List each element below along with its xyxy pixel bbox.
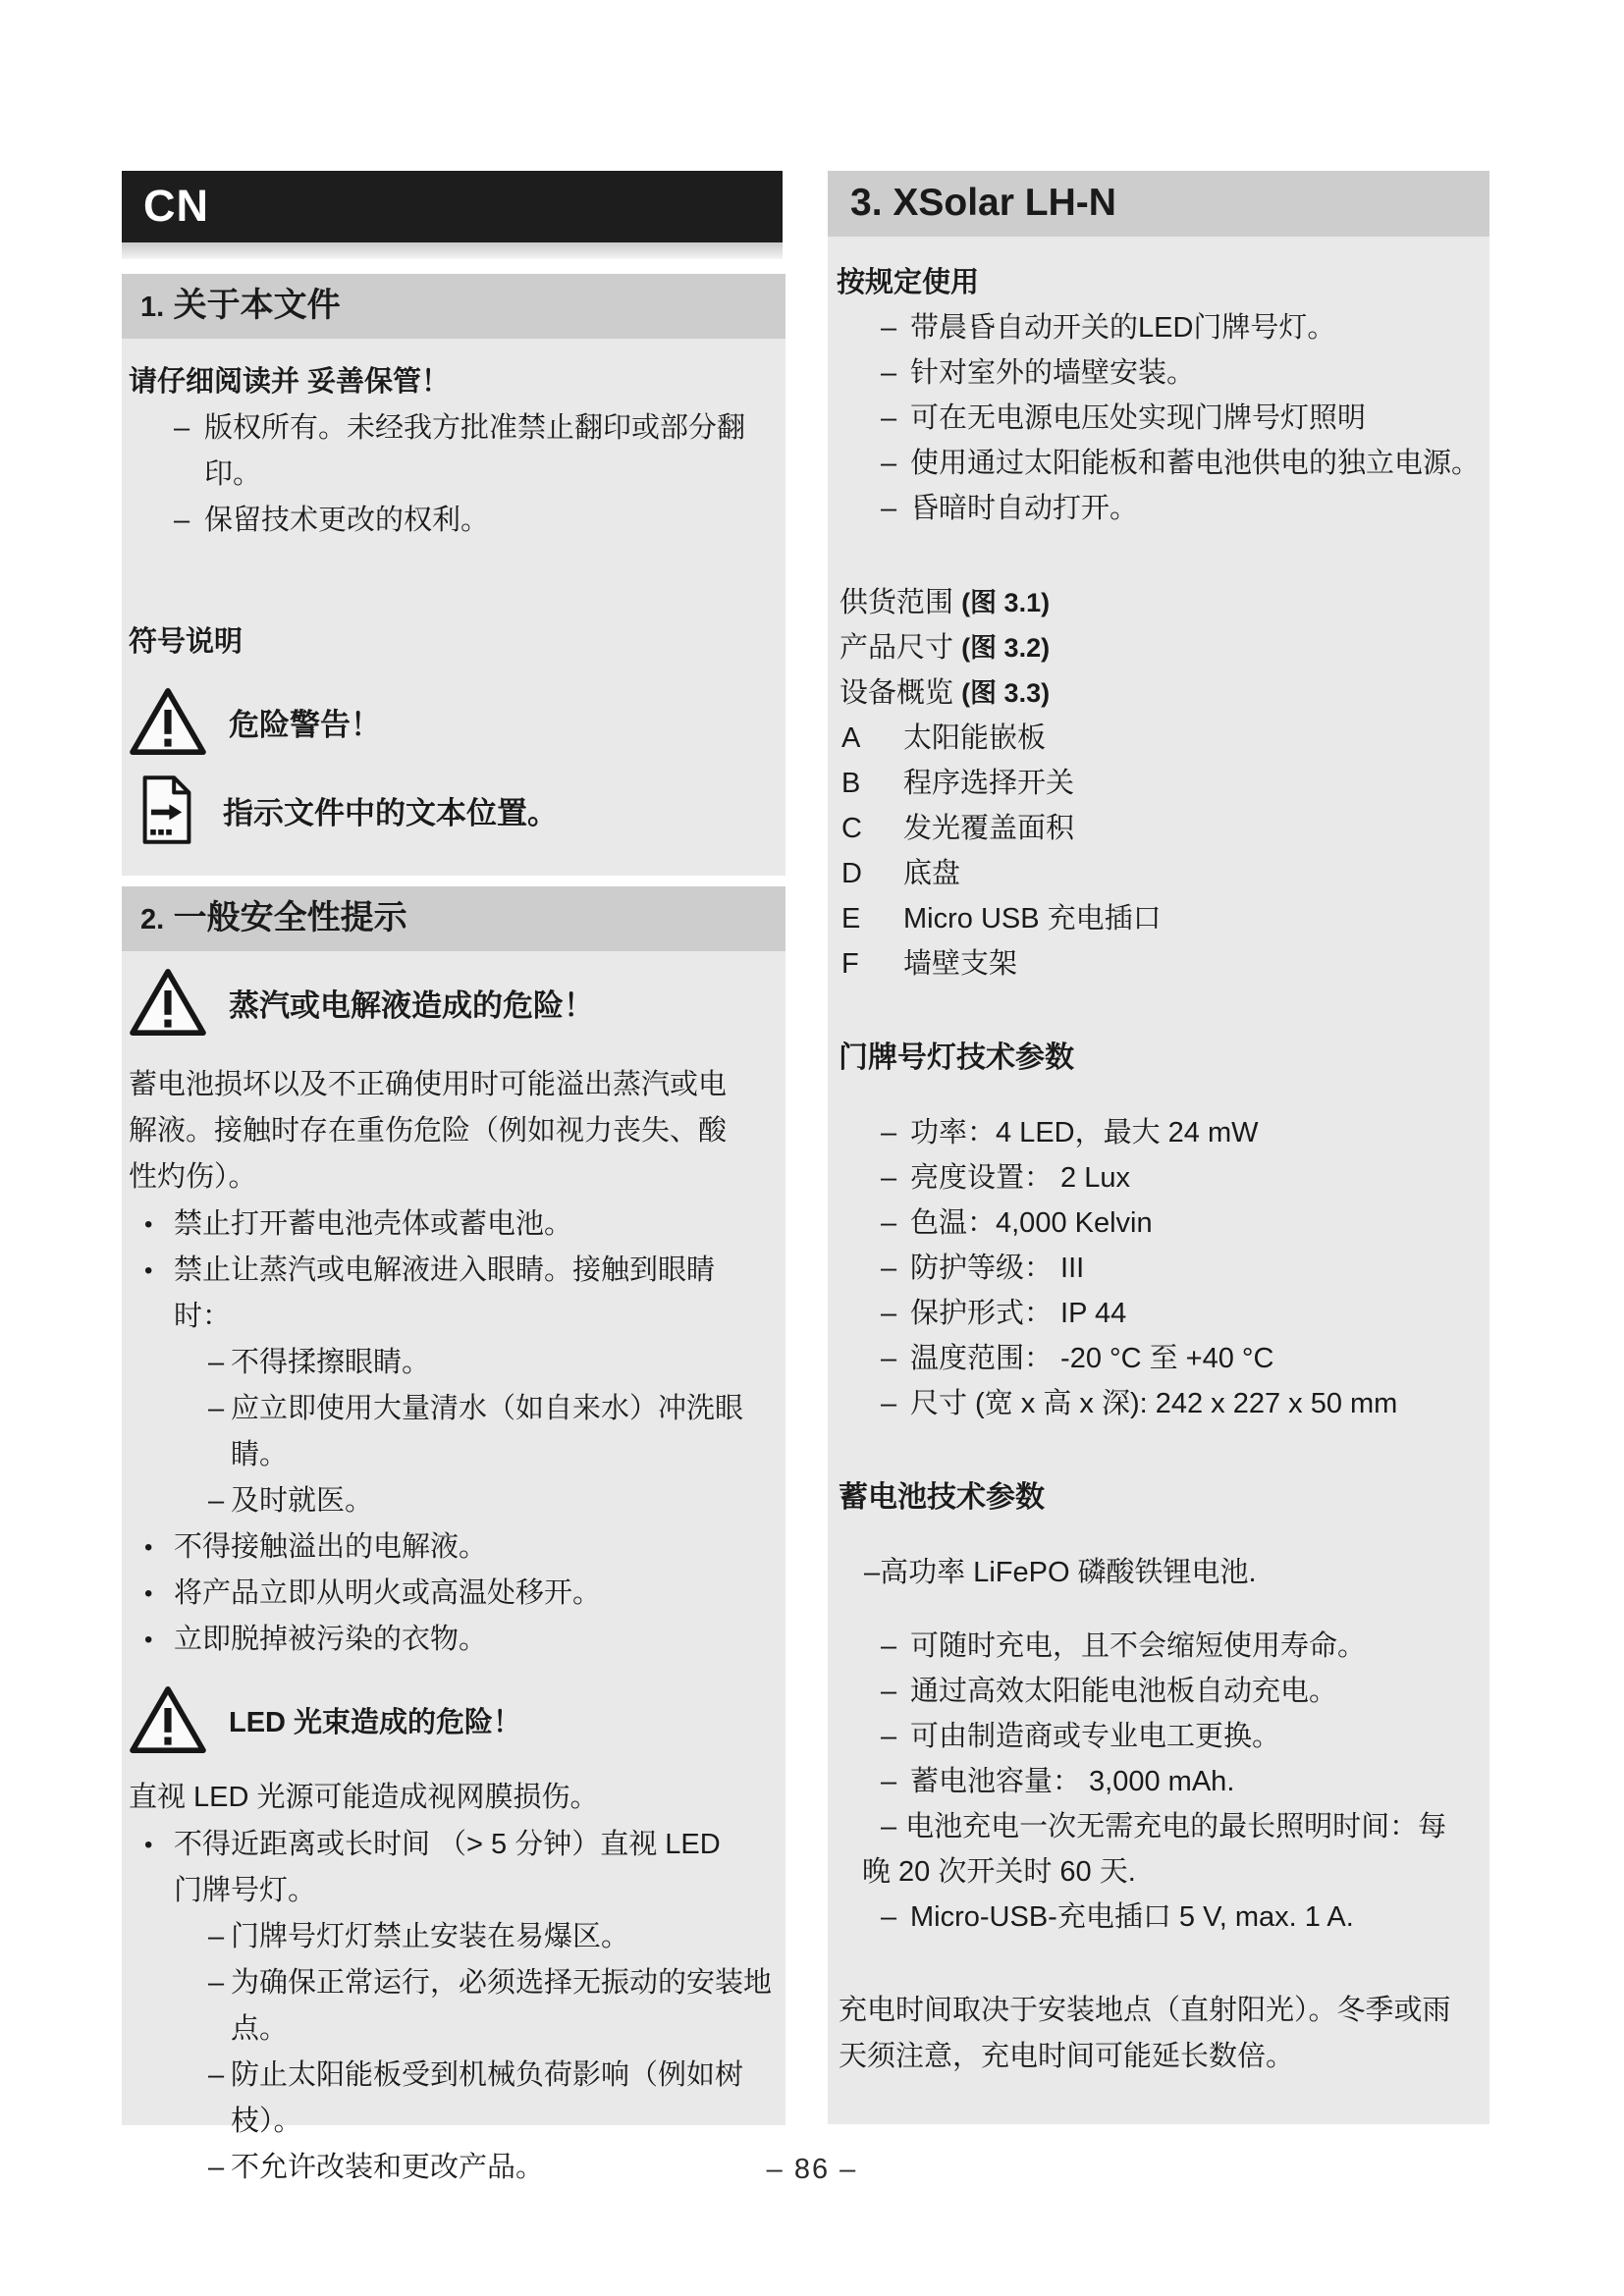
spec-item: – 功率：4 LED，最大 24 mW [837, 1110, 1482, 1155]
device-part-row: B 程序选择开关 [837, 761, 1482, 806]
figure-reference-label: 产品尺寸 [839, 632, 961, 664]
spec-item: – 尺寸 (宽 x 高 x 深): 242 x 227 x 50 mm [837, 1381, 1482, 1426]
bullet-text: 不得接触溢出的电解液。 [174, 1524, 487, 1571]
bullet-text: 禁止让蒸汽或电解液进入眼睛。接触到眼睛时： [174, 1248, 753, 1340]
list-item-text: 昏暗时自动打开。 [910, 486, 1138, 531]
device-part-label: 发光覆盖面积 [903, 806, 1074, 851]
list-item: – 版权所有。未经我方批准禁止翻印或部分翻印。 [129, 405, 780, 498]
bullet-marker: • [144, 1571, 174, 1617]
dash-marker: – [881, 1381, 910, 1426]
figure-references: 供货范围 (图 3.1) 产品尺寸 (图 3.2) 设备概览 (图 3.3) [837, 580, 1482, 716]
copyright-list: – 版权所有。未经我方批准禁止翻印或部分翻印。 – 保留技术更改的权利。 [129, 405, 780, 544]
figure-number: (图 3.3) [961, 678, 1050, 708]
list-item: – 可在无电源电压处实现门牌号灯照明 [837, 396, 1482, 441]
spec-item-text: 尺寸 (宽 x 高 x 深): 242 x 227 x 50 mm [910, 1381, 1397, 1426]
dash-marker: – [208, 1340, 231, 1386]
battery-specs-list: –高功率 LiFePO 磷酸铁锂电池. – 可随时充电，且不会缩短使用寿命。 –… [837, 1550, 1482, 1940]
sub-item: – 不得揉擦眼睛。 [129, 1340, 780, 1386]
device-part-letter: A [841, 716, 903, 761]
figure-reference: 供货范围 (图 3.1) [837, 580, 1482, 625]
spec-item: – 蓄电池容量： 3,000 mAh. [837, 1759, 1482, 1804]
dash-marker: – [881, 396, 910, 441]
dash-marker: – [174, 498, 204, 544]
figure-reference: 设备概览 (图 3.3) [837, 670, 1482, 716]
dash-marker: – [881, 1246, 910, 1291]
warning-triangle-icon [129, 967, 207, 1038]
dash-marker: – [881, 1811, 905, 1842]
bullet-item: • 不得近距离或长时间 （> 5 分钟）直视 LED 门牌号灯。 [129, 1822, 780, 1914]
device-part-letter: E [841, 896, 903, 941]
hazard1-paragraph: 蓄电池损坏以及不正确使用时可能溢出蒸汽或电解液。接触时存在重伤危险（例如视力丧失… [129, 1062, 742, 1201]
dash-marker: – [881, 1291, 910, 1336]
spec-item: – 色温：4,000 Kelvin [837, 1201, 1482, 1246]
sub-item-text: 不得揉擦眼睛。 [231, 1340, 430, 1386]
spec-item-text: 亮度设置： 2 Lux [910, 1155, 1130, 1201]
spec-item-text: 温度范围： -20 °C 至 +40 °C [910, 1336, 1273, 1381]
figure-number: (图 3.2) [961, 633, 1050, 663]
dash-marker: – [208, 1914, 231, 1960]
bullet-text: 不得近距离或长时间 （> 5 分钟）直视 LED 门牌号灯。 [174, 1822, 753, 1914]
hazard-heading-row: LED 光束造成的危险！ [129, 1684, 780, 1755]
device-part-label: Micro USB 充电插口 [903, 896, 1162, 941]
section2-number: 2. [140, 904, 164, 935]
battery-type-line: –高功率 LiFePO 磷酸铁锂电池. [837, 1550, 1482, 1595]
device-part-row: D 底盘 [837, 851, 1482, 896]
dash-marker: – [881, 1669, 910, 1714]
read-carefully-note: 请仔细阅读并 妥善保管！ [129, 359, 780, 405]
spec-item-text: 电池充电一次无需充电的最长照明时间：每晚 20 次开关时 60 天. [862, 1811, 1446, 1888]
led-bullet-list: • 不得近距离或长时间 （> 5 分钟）直视 LED 门牌号灯。 – 门牌号灯灯… [129, 1822, 780, 2191]
device-part-label: 太阳能嵌板 [903, 716, 1046, 761]
list-item-text: 使用通过太阳能板和蓄电池供电的独立电源。 [910, 441, 1480, 486]
bullet-item: • 禁止打开蓄电池壳体或蓄电池。 [129, 1201, 780, 1248]
page-number: – 86 – [0, 2154, 1624, 2186]
section2-header: 2. 一般安全性提示 [122, 886, 785, 951]
bullet-item: • 将产品立即从明火或高温处移开。 [129, 1571, 780, 1617]
spec-item-text: Micro-USB-充电插口 5 V, max. 1 A. [910, 1895, 1354, 1940]
section2-title: 一般安全性提示 [174, 899, 407, 936]
figure-reference: 产品尺寸 (图 3.2) [837, 625, 1482, 670]
device-part-label: 程序选择开关 [903, 761, 1074, 806]
sub-item-text: 门牌号灯灯禁止安装在易爆区。 [231, 1914, 629, 1960]
spec-item-text: 蓄电池容量： 3,000 mAh. [910, 1759, 1234, 1804]
section-general-safety: 2. 一般安全性提示 蒸汽或电解液造成的危险！ 蓄电池损坏以及不正确使用时可能溢… [122, 886, 785, 2125]
bullet-item: • 禁止让蒸汽或电解液进入眼睛。接触到眼睛时： [129, 1248, 780, 1340]
dash-marker: – [881, 1201, 910, 1246]
bullet-marker: • [144, 1201, 174, 1248]
sub-item: – 应立即使用大量清水（如自来水）冲洗眼睛。 [129, 1386, 780, 1478]
symbol-explanation-row: 危险警告！ [129, 686, 780, 757]
sub-item: – 防止太阳能板受到机械负荷影响（例如树枝）。 [129, 2053, 780, 2145]
sub-item-text: 及时就医。 [231, 1478, 373, 1524]
spec-item-text: 可由制造商或专业电工更换。 [910, 1714, 1280, 1759]
dash-marker: – [881, 305, 910, 350]
bar-shadow [122, 242, 783, 259]
section1-header: 1. 关于本文件 [122, 274, 785, 339]
dash-marker: – [881, 350, 910, 396]
list-item: – 使用通过太阳能板和蓄电池供电的独立电源。 [837, 441, 1482, 486]
hazard-heading-row: 蒸汽或电解液造成的危险！ [129, 963, 780, 1038]
document-reference-icon [129, 774, 194, 845]
section3-header: 3. XSolar LH-N [828, 171, 1489, 237]
spec-item-text: 色温：4,000 Kelvin [910, 1201, 1153, 1246]
dash-marker: – [881, 1155, 910, 1201]
list-item: – 带晨昏自动开关的LED门牌号灯。 [837, 305, 1482, 350]
list-item: – 昏暗时自动打开。 [837, 486, 1482, 531]
sub-item: – 及时就医。 [129, 1478, 780, 1524]
spec-item: – 通过高效太阳能电池板自动充电。 [837, 1669, 1482, 1714]
dash-marker: – [881, 1895, 910, 1940]
sub-item-text: 防止太阳能板受到机械负荷影响（例如树枝）。 [231, 2053, 780, 2145]
list-item-text: 带晨昏自动开关的LED门牌号灯。 [910, 305, 1335, 350]
device-part-row: C 发光覆盖面积 [837, 806, 1482, 851]
spec-item-text: 防护等级： III [910, 1246, 1084, 1291]
bullet-text: 立即脱掉被污染的衣物。 [174, 1617, 487, 1663]
sub-item-text: 应立即使用大量清水（如自来水）冲洗眼睛。 [231, 1386, 780, 1478]
bullet-marker: • [144, 1248, 174, 1340]
dash-marker: – [881, 1759, 910, 1804]
dash-marker: – [208, 2053, 231, 2145]
dash-marker: – [208, 1478, 231, 1524]
dash-marker: – [208, 1386, 231, 1478]
device-part-letter: C [841, 806, 903, 851]
lamp-specs-list: – 功率：4 LED，最大 24 mW – 亮度设置： 2 Lux – 色温：4… [837, 1110, 1482, 1426]
section3-title: 3. XSolar LH-N [850, 182, 1116, 224]
warning-triangle-icon [129, 686, 207, 757]
bullet-marker: • [144, 1524, 174, 1571]
section3-body: 按规定使用 – 带晨昏自动开关的LED门牌号灯。 – 针对室外的墙壁安装。 – … [828, 237, 1489, 2124]
device-part-label: 底盘 [903, 851, 960, 896]
list-item-text: 版权所有。未经我方批准禁止翻印或部分翻印。 [204, 405, 780, 498]
device-part-letter: F [841, 941, 903, 987]
hazard2-title: LED 光束造成的危险！ [207, 1700, 521, 1740]
figure-reference-label: 设备概览 [839, 677, 961, 709]
symbol-explanation-row: 指示文件中的文本位置。 [129, 774, 780, 845]
dash-marker: – [208, 1960, 231, 2053]
dash-marker: – [881, 1714, 910, 1759]
spec-item-text: 功率：4 LED，最大 24 mW [910, 1110, 1259, 1155]
manual-page: { "colors": { "page_bg": "#ffffff", "cn_… [0, 0, 1624, 2296]
dash-marker: – [881, 1110, 910, 1155]
section1-body: 请仔细阅读并 妥善保管！ – 版权所有。未经我方批准禁止翻印或部分翻印。 – 保… [122, 339, 785, 876]
figure-number: (图 3.1) [961, 588, 1050, 617]
hazard1-title: 蒸汽或电解液造成的危险！ [207, 981, 594, 1025]
bullet-marker: • [144, 1617, 174, 1663]
spec-item-text: 可随时充电，且不会缩短使用寿命。 [910, 1624, 1366, 1669]
sub-item: – 门牌号灯灯禁止安装在易爆区。 [129, 1914, 780, 1960]
bullet-item: • 不得接触溢出的电解液。 [129, 1524, 780, 1571]
hazard2-paragraph: 直视 LED 光源可能造成视网膜损伤。 [129, 1775, 742, 1821]
language-tag: CN [143, 181, 209, 231]
spec-item: – 亮度设置： 2 Lux [837, 1155, 1482, 1201]
intended-use-list: – 带晨昏自动开关的LED门牌号灯。 – 针对室外的墙壁安装。 – 可在无电源电… [837, 305, 1482, 531]
section1-number: 1. [140, 292, 164, 323]
dash-marker: – [174, 405, 204, 498]
device-part-label: 墙壁支架 [903, 941, 1017, 987]
section1-title: 关于本文件 [174, 287, 341, 324]
dash-marker: – [881, 441, 910, 486]
list-item: – 针对室外的墙壁安装。 [837, 350, 1482, 396]
spec-item: – 防护等级： III [837, 1246, 1482, 1291]
device-part-letter: B [841, 761, 903, 806]
spec-item: –电池充电一次无需充电的最长照明时间：每晚 20 次开关时 60 天. [837, 1804, 1465, 1895]
spec-item-text: 通过高效太阳能电池板自动充电。 [910, 1669, 1337, 1714]
bullet-marker: • [144, 1822, 174, 1914]
list-item: – 保留技术更改的权利。 [129, 498, 780, 544]
dash-marker: – [881, 1336, 910, 1381]
spec-item: – 可随时充电，且不会缩短使用寿命。 [837, 1624, 1482, 1669]
dash-marker: – [881, 1624, 910, 1669]
list-item-text: 可在无电源电压处实现门牌号灯照明 [910, 396, 1366, 441]
device-part-letter: D [841, 851, 903, 896]
list-item-text: 保留技术更改的权利。 [204, 498, 489, 544]
device-overview-list: A 太阳能嵌板 B 程序选择开关 C 发光覆盖面积 D 底盘 E Micro U… [837, 716, 1482, 987]
device-part-row: F 墙壁支架 [837, 941, 1482, 987]
intended-use-heading: 按规定使用 [837, 260, 1482, 305]
dash-marker: – [881, 486, 910, 531]
device-part-row: E Micro USB 充电插口 [837, 896, 1482, 941]
sub-item: – 为确保正常运行，必须选择无振动的安装地点。 [129, 1960, 780, 2053]
figure-reference-label: 供货范围 [839, 587, 961, 618]
symbols-heading: 符号说明 [129, 619, 780, 666]
bullet-text: 禁止打开蓄电池壳体或蓄电池。 [174, 1201, 572, 1248]
spec-item-text: 保护形式： IP 44 [910, 1291, 1126, 1336]
charging-time-note: 充电时间取决于安装地点（直射阳光）。冬季或雨天须注意，充电时间可能延长数倍。 [837, 1988, 1479, 2080]
list-item-text: 针对室外的墙壁安装。 [910, 350, 1195, 396]
spec-item: – 温度范围： -20 °C 至 +40 °C [837, 1336, 1482, 1381]
bullet-text: 将产品立即从明火或高温处移开。 [174, 1571, 601, 1617]
device-part-row: A 太阳能嵌板 [837, 716, 1482, 761]
section2-body: 蒸汽或电解液造成的危险！ 蓄电池损坏以及不正确使用时可能溢出蒸汽或电解液。接触时… [122, 951, 785, 2125]
spec-item: – Micro-USB-充电插口 5 V, max. 1 A. [837, 1895, 1482, 1940]
sub-item-text: 为确保正常运行，必须选择无振动的安装地点。 [231, 1960, 780, 2053]
warning-symbol-label: 危险警告！ [207, 700, 381, 744]
spec-item: – 可由制造商或专业电工更换。 [837, 1714, 1482, 1759]
spec-item: – 保护形式： IP 44 [837, 1291, 1482, 1336]
safety-bullet-list: • 禁止打开蓄电池壳体或蓄电池。 • 禁止让蒸汽或电解液进入眼睛。接触到眼睛时：… [129, 1201, 780, 1663]
language-tag-bar: CN [122, 171, 783, 242]
document-symbol-label: 指示文件中的文本位置。 [194, 788, 558, 832]
lamp-specs-heading: 门牌号灯技术参数 [837, 1036, 1482, 1081]
battery-specs-heading: 蓄电池技术参数 [837, 1475, 1482, 1521]
section-about-document: 1. 关于本文件 请仔细阅读并 妥善保管！ – 版权所有。未经我方批准禁止翻印或… [122, 274, 785, 876]
warning-triangle-icon [129, 1684, 207, 1755]
bullet-item: • 立即脱掉被污染的衣物。 [129, 1617, 780, 1663]
